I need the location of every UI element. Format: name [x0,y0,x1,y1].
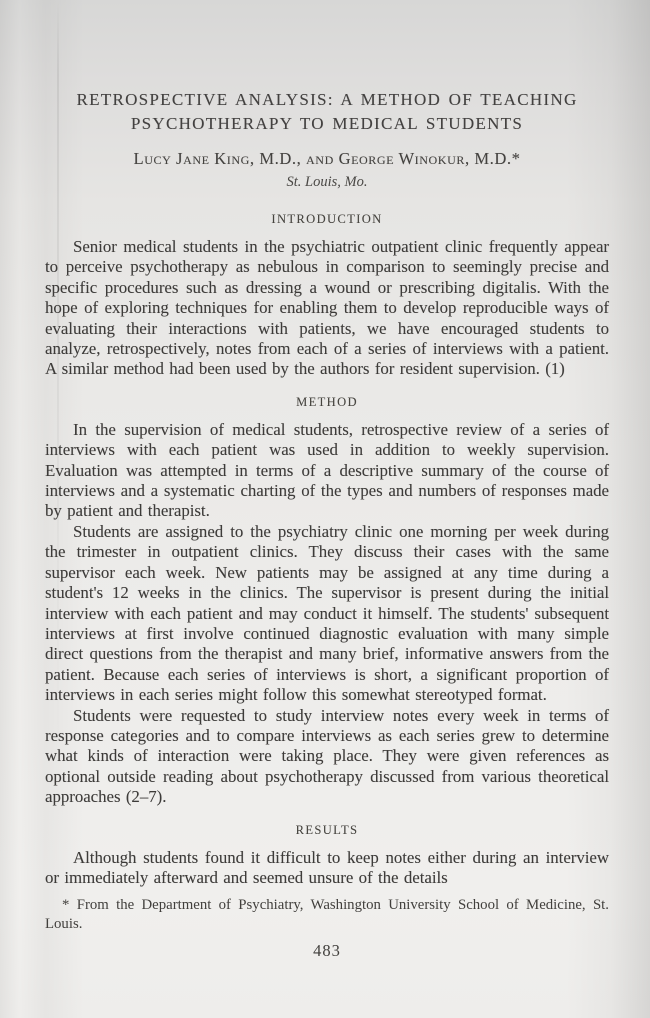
introduction-paragraph-1: Senior medical students in the psychiatr… [45,237,609,380]
article-title-line1: RETROSPECTIVE ANALYSIS: A METHOD OF TEAC… [45,88,609,112]
article-title-line2: PSYCHOTHERAPY TO MEDICAL STUDENTS [45,112,609,136]
section-heading-results: RESULTS [45,823,609,838]
method-paragraph-1: In the supervision of medical students, … [45,420,609,522]
section-heading-introduction: INTRODUCTION [45,212,609,227]
authors-byline: Lucy Jane King, M.D., and George Winokur… [45,149,609,169]
scanned-journal-page: RETROSPECTIVE ANALYSIS: A METHOD OF TEAC… [0,0,650,1018]
page-content: RETROSPECTIVE ANALYSIS: A METHOD OF TEAC… [45,88,609,961]
authors-location: St. Louis, Mo. [45,174,609,191]
results-paragraph-1: Although students found it difficult to … [45,848,609,889]
section-heading-method: METHOD [45,395,609,410]
page-number: 483 [45,941,609,961]
method-paragraph-2: Students are assigned to the psychiatry … [45,522,609,706]
method-paragraph-3: Students were requested to study intervi… [45,706,609,808]
footnote: * From the Department of Psychiatry, Was… [45,896,609,934]
article-title: RETROSPECTIVE ANALYSIS: A METHOD OF TEAC… [45,88,609,136]
